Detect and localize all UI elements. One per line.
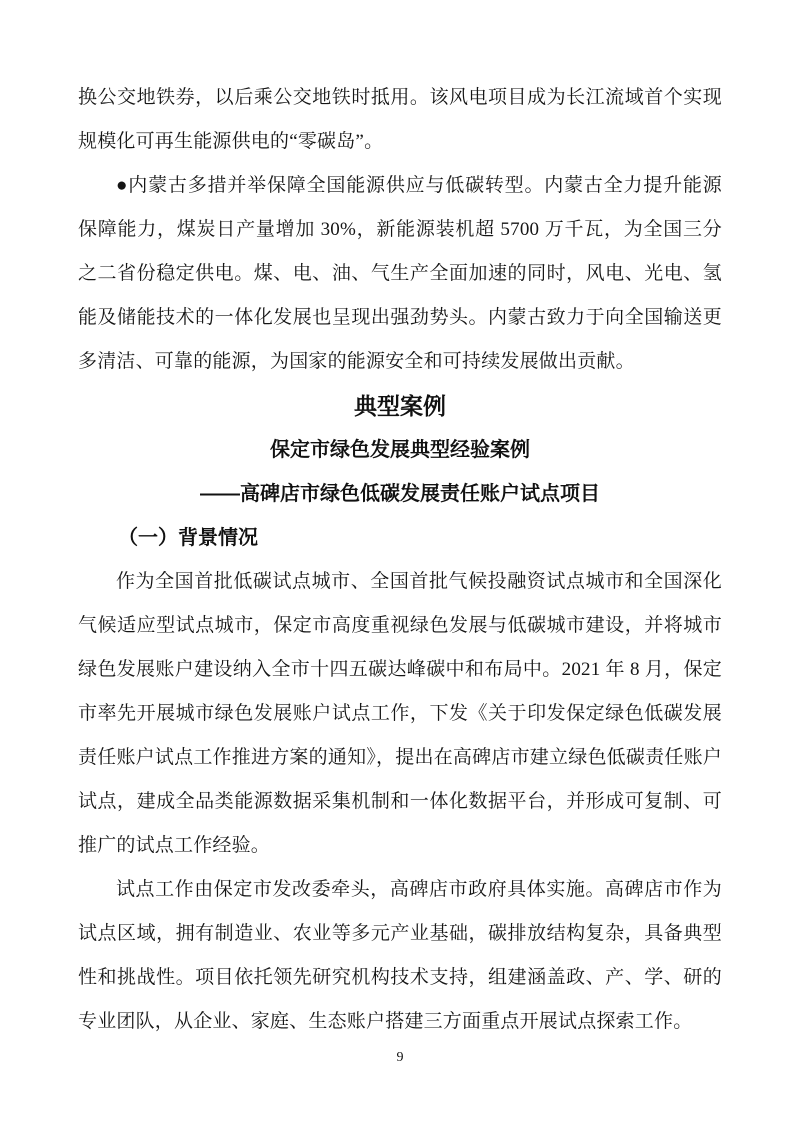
body-paragraph-1: 换公交地铁券，以后乘公交地铁时抵用。该风电项目成为长江流域首个实现规模化可再生能…	[78, 76, 722, 164]
body-paragraph-2-bulleted: ●内蒙古多措并举保障全国能源供应与低碳转型。内蒙古全力提升能源保障能力，煤炭日产…	[78, 164, 722, 384]
section-heading-background: （一）背景情况	[78, 516, 722, 560]
case-subtitle-heading: ——高碑店市绿色低碳发展责任账户试点项目	[78, 472, 722, 516]
main-heading: 典型案例	[78, 384, 722, 428]
document-page: 换公交地铁券，以后乘公交地铁时抵用。该风电项目成为长江流域首个实现规模化可再生能…	[0, 0, 800, 1131]
body-paragraph-4: 试点工作由保定市发改委牵头，高碑店市政府具体实施。高碑店市作为试点区域，拥有制造…	[78, 868, 722, 1044]
case-title-heading: 保定市绿色发展典型经验案例	[78, 428, 722, 472]
page-number: 9	[0, 1048, 800, 1068]
document-content: 换公交地铁券，以后乘公交地铁时抵用。该风电项目成为长江流域首个实现规模化可再生能…	[78, 76, 722, 1044]
body-paragraph-3: 作为全国首批低碳试点城市、全国首批气候投融资试点城市和全国深化气候适应型试点城市…	[78, 560, 722, 868]
